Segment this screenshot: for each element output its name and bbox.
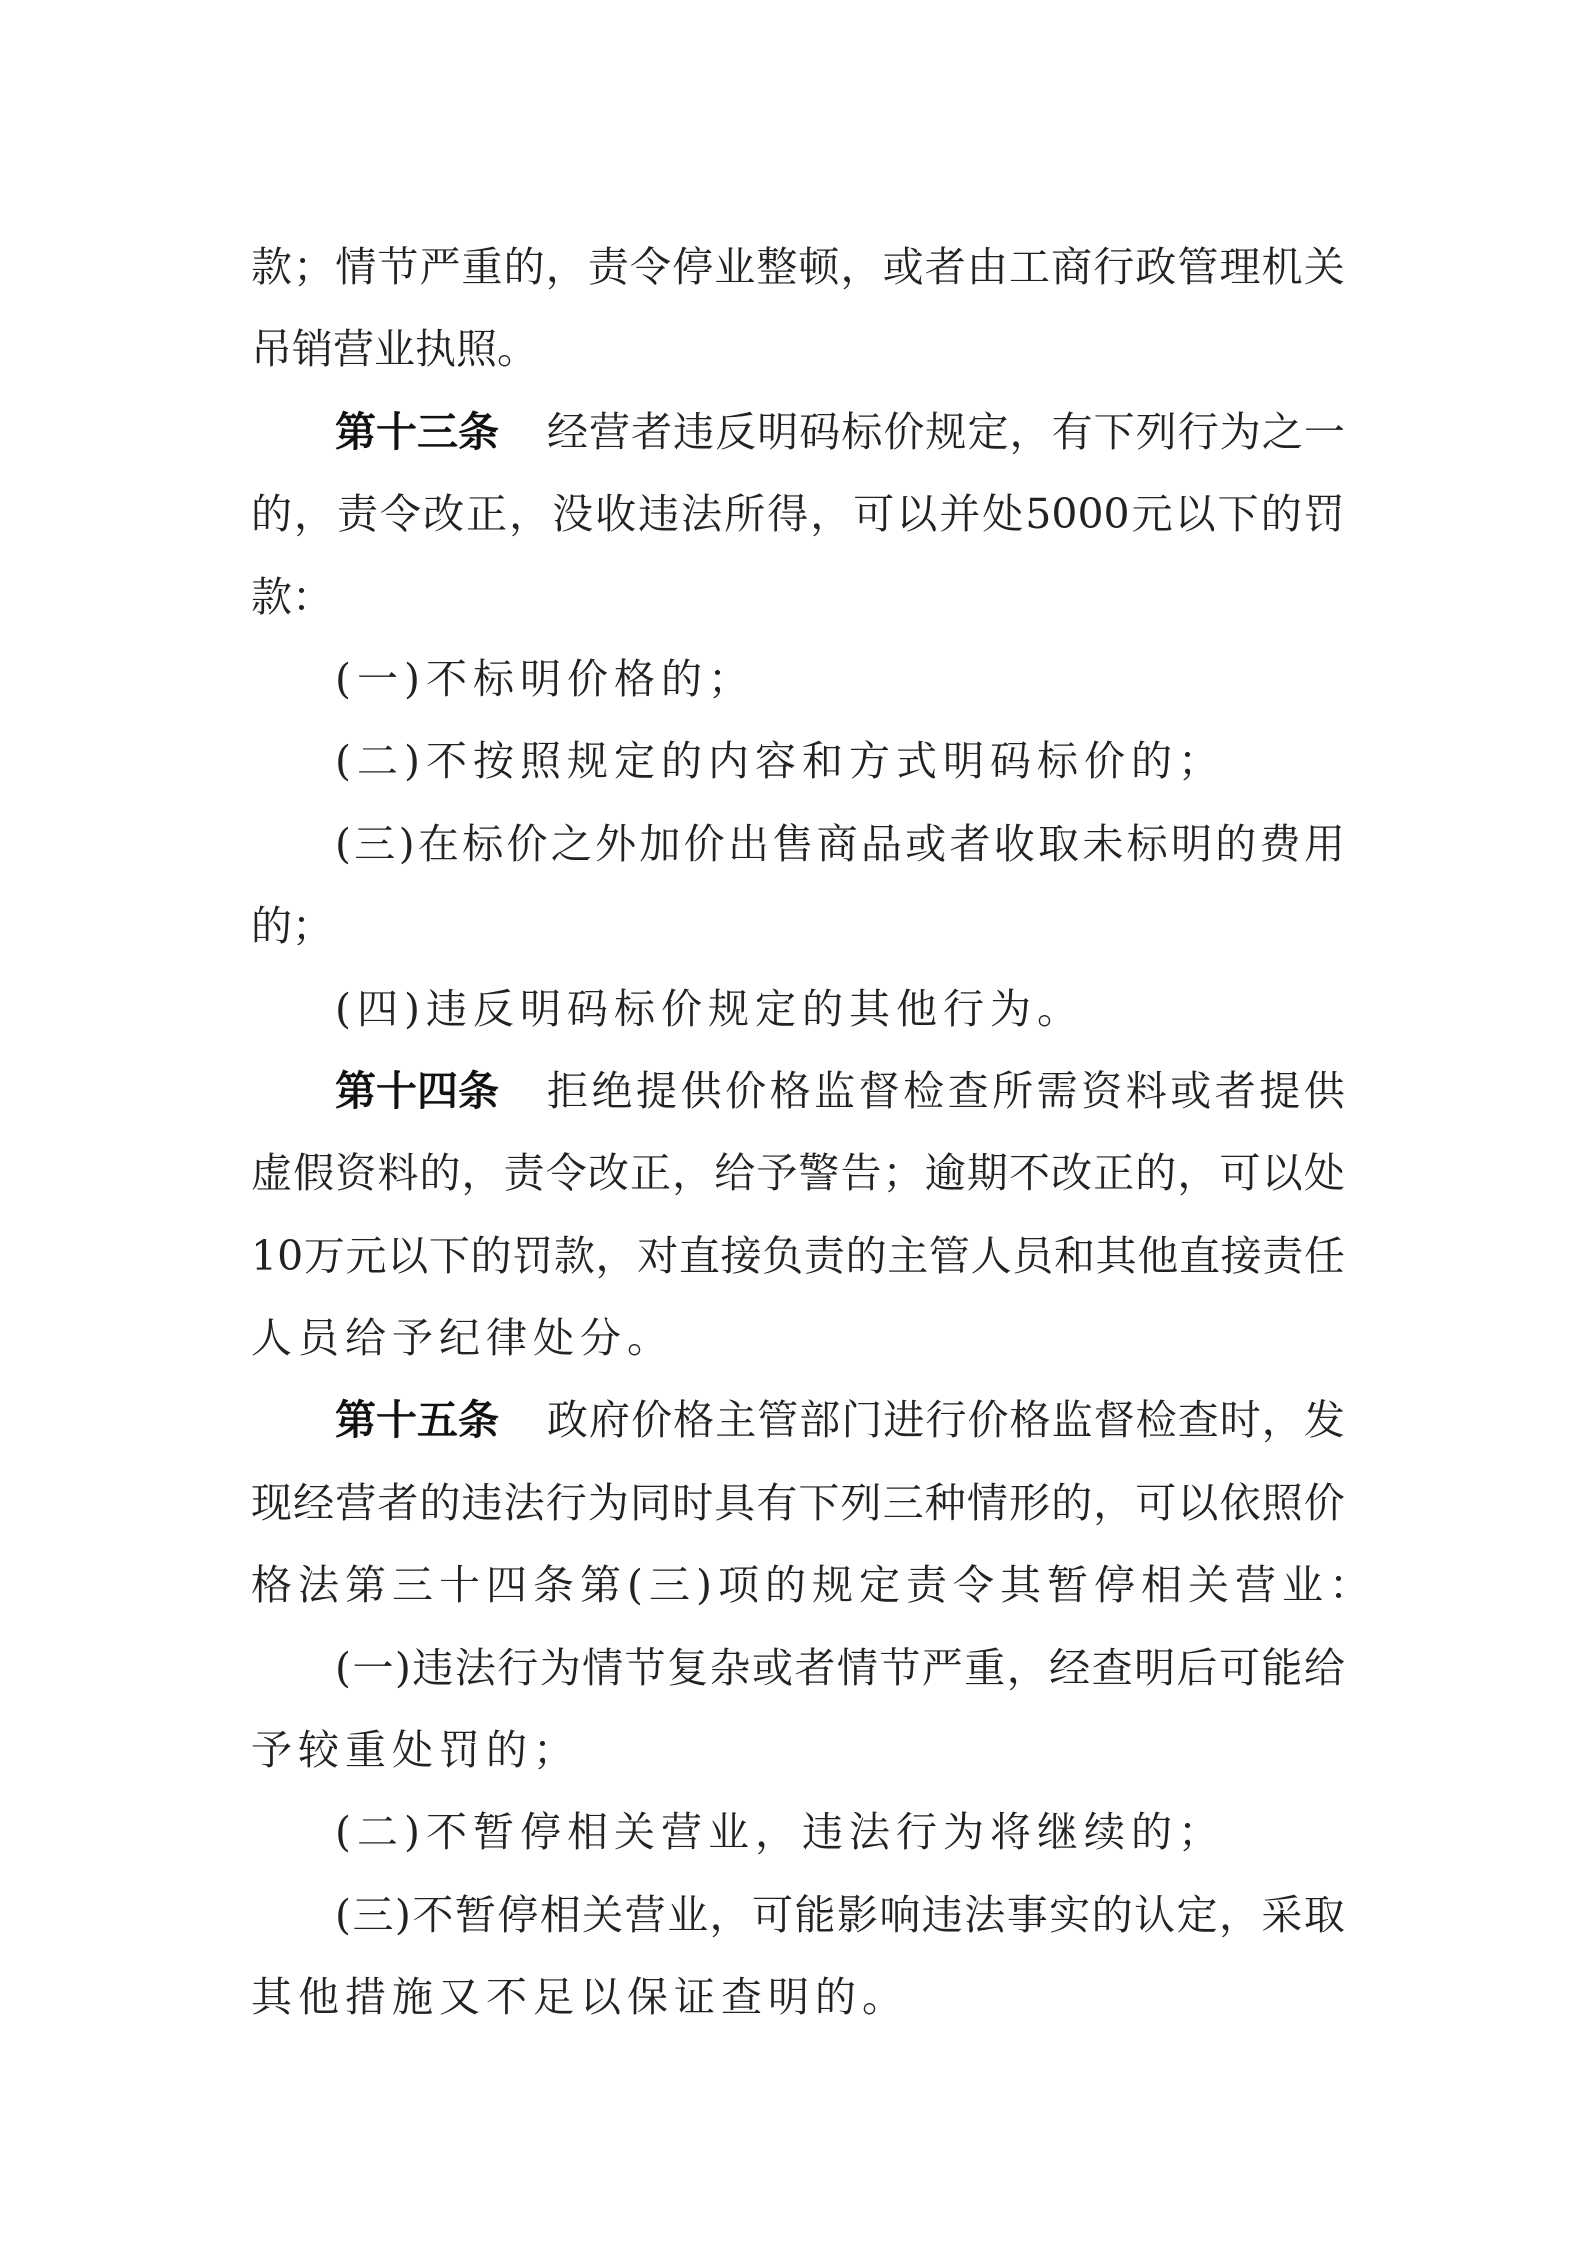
text-line: 其他措施又不足以保证查明的。: [251, 1956, 1345, 2038]
text-line: 予较重处罚的；: [251, 1709, 1345, 1791]
list-item: (一)不标明价格的；: [251, 638, 1345, 720]
text-line: (四)违反明码标价规定的其他行为。: [251, 968, 1345, 1050]
text-line: 的，责令改正，没收违法所得，可以并处5000元以下的罚: [251, 473, 1345, 555]
article-heading-line: 第十四条 拒绝提供价格监督检查所需资料或者提供: [251, 1050, 1345, 1132]
text-line: (三)在标价之外加价出售商品或者收取未标明的费用: [251, 803, 1345, 885]
article-label: 第十四条: [335, 1050, 499, 1132]
list-item: (四)违反明码标价规定的其他行为。: [251, 968, 1345, 1050]
list-item: (三)不暂停相关营业，可能影响违法事实的认定，采取 其他措施又不足以保证查明的。: [251, 1874, 1345, 2039]
text-line: 虚假资料的，责令改正，给予警告；逾期不改正的，可以处: [251, 1132, 1345, 1214]
text-line: 款；情节严重的，责令停业整顿，或者由工商行政管理机关: [251, 226, 1345, 308]
text-line: (一)不标明价格的；: [251, 638, 1345, 720]
list-item: (三)在标价之外加价出售商品或者收取未标明的费用 的；: [251, 803, 1345, 968]
article-15: 第十五条 政府价格主管部门进行价格监督检查时，发 现经营者的违法行为同时具有下列…: [251, 1379, 1345, 1626]
document-page: 款；情节严重的，责令停业整顿，或者由工商行政管理机关 吊销营业执照。 第十三条 …: [251, 226, 1345, 2039]
text-line: 款：: [251, 556, 1345, 638]
text-line: 格法第三十四条第(三)项的规定责令其暂停相关营业：: [251, 1544, 1345, 1626]
article-label: 第十五条: [335, 1379, 499, 1461]
text-line: 的；: [251, 885, 1345, 967]
text-line: (三)不暂停相关营业，可能影响违法事实的认定，采取: [251, 1874, 1345, 1956]
text-line: 吊销营业执照。: [251, 308, 1345, 390]
list-item: (一)违法行为情节复杂或者情节严重，经查明后可能给 予较重处罚的；: [251, 1627, 1345, 1792]
text-line: 现经营者的违法行为同时具有下列三种情形的，可以依照价: [251, 1462, 1345, 1544]
article-first-line: 拒绝提供价格监督检查所需资料或者提供: [547, 1050, 1345, 1132]
list-item: (二)不暂停相关营业，违法行为将继续的；: [251, 1791, 1345, 1873]
text-line: 人员给予纪律处分。: [251, 1297, 1345, 1379]
article-heading-line: 第十五条 政府价格主管部门进行价格监督检查时，发: [251, 1379, 1345, 1461]
paragraph-continuation: 款；情节严重的，责令停业整顿，或者由工商行政管理机关 吊销营业执照。: [251, 226, 1345, 391]
text-line: (二)不暂停相关营业，违法行为将继续的；: [251, 1791, 1345, 1873]
text-line: 10万元以下的罚款，对直接负责的主管人员和其他直接责任: [251, 1215, 1345, 1297]
article-13: 第十三条 经营者违反明码标价规定，有下列行为之一 的，责令改正，没收违法所得，可…: [251, 391, 1345, 638]
article-heading-line: 第十三条 经营者违反明码标价规定，有下列行为之一: [251, 391, 1345, 473]
text-line: (二)不按照规定的内容和方式明码标价的；: [251, 720, 1345, 802]
article-first-line: 政府价格主管部门进行价格监督检查时，发: [547, 1379, 1345, 1461]
article-14: 第十四条 拒绝提供价格监督检查所需资料或者提供 虚假资料的，责令改正，给予警告；…: [251, 1050, 1345, 1380]
text-line: (一)违法行为情节复杂或者情节严重，经查明后可能给: [251, 1627, 1345, 1709]
list-item: (二)不按照规定的内容和方式明码标价的；: [251, 720, 1345, 802]
article-label: 第十三条: [335, 391, 499, 473]
article-first-line: 经营者违反明码标价规定，有下列行为之一: [547, 391, 1345, 473]
